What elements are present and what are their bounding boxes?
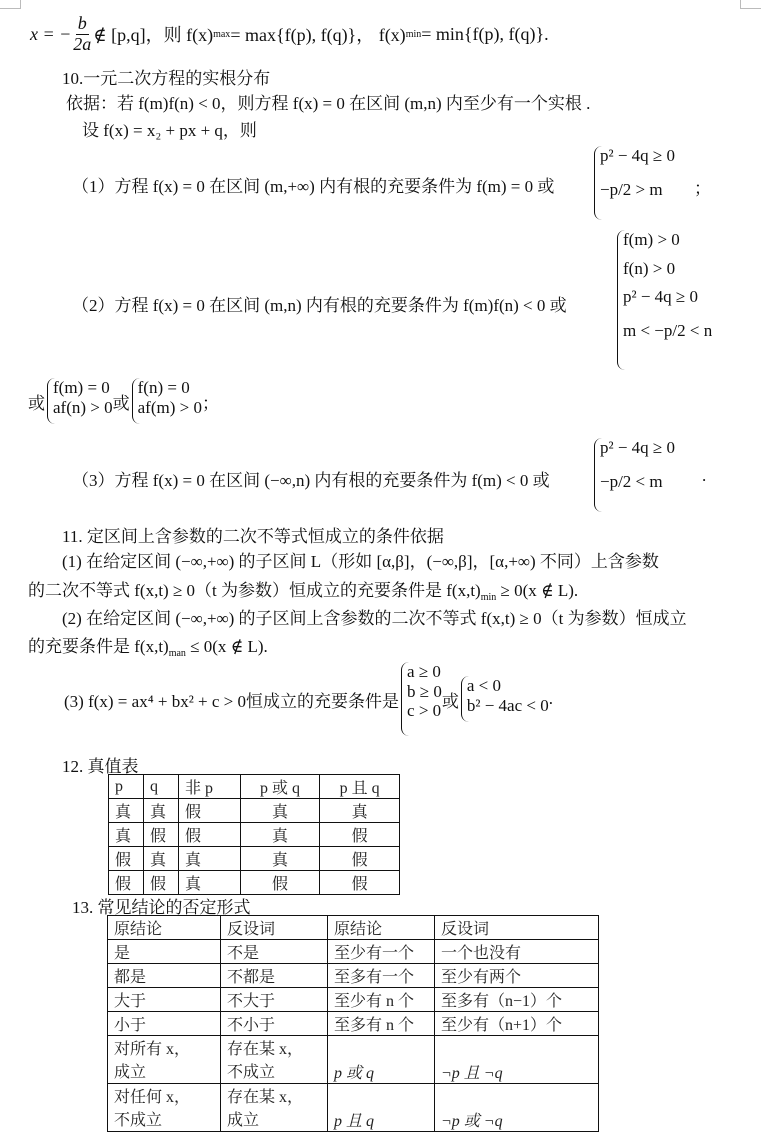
cell: 不都是: [221, 964, 328, 988]
frac-num: b: [76, 14, 89, 35]
case-line: p² − 4q ≥ 0: [600, 146, 675, 166]
min-subscript: min: [406, 29, 422, 40]
cell: 假: [109, 871, 144, 895]
cell: 真: [109, 799, 144, 823]
cell-line: 不成立: [227, 1059, 321, 1082]
fraction-b-over-2a: b 2a: [73, 14, 91, 55]
cell: 对所有 x，成立: [108, 1036, 221, 1084]
or-label: 或: [28, 389, 45, 414]
cell: 假: [320, 871, 400, 895]
cell: 是: [108, 940, 221, 964]
formula-lhs: x = −: [30, 24, 71, 45]
cell: 至多有一个: [328, 964, 435, 988]
section-11-item1-line2: 的二次不等式 f(x,t) ≥ 0（t 为参数）恒成立的充要条件是 f(x,t)…: [28, 576, 578, 603]
cell: 真: [144, 847, 179, 871]
case-line: f(m) = 0: [53, 378, 113, 398]
page-corner-mark-left: [0, 0, 21, 9]
man-subscript: man: [169, 648, 186, 659]
cell-line: 成立: [114, 1059, 214, 1082]
cell: 真: [179, 871, 241, 895]
text: ≤ 0(x ∉ L).: [186, 637, 268, 656]
cell-text: ¬p 或 ¬q: [441, 1113, 503, 1130]
cell-text: p 且 q: [334, 1113, 374, 1130]
section-10-basis: 依据：若 f(m)f(n) < 0，则方程 f(x) = 0 在区间 (m,n)…: [66, 89, 590, 114]
section-11-item2-line1: (2) 在给定区间 (−∞,+∞) 的子区间上含参数的二次不等式 f(x,t) …: [62, 604, 687, 629]
cell-line: 对任何 x，: [114, 1084, 214, 1107]
cell: 假: [144, 823, 179, 847]
cell: 不是: [221, 940, 328, 964]
cell: 至少有 n 个: [328, 988, 435, 1012]
cell-line: 存在某 x，: [227, 1036, 321, 1059]
item3-end: .: [702, 466, 706, 486]
section-11-item2-line2: 的充要条件是 f(x,t)man ≤ 0(x ∉ L).: [28, 632, 268, 659]
truth-table: p q 非 p p 或 q p 且 q 真真假真真 真假假真假 假真真真假 假假…: [108, 774, 400, 895]
case-line: m < −p/2 < n: [623, 321, 712, 341]
cell: 假: [240, 871, 320, 895]
cell: 真: [240, 847, 320, 871]
header-cell: 反设词: [221, 916, 328, 940]
page-corner-mark-right: [740, 0, 761, 9]
or-label: 或: [113, 389, 130, 414]
case-line: f(n) = 0: [138, 378, 202, 398]
cell: 都是: [108, 964, 221, 988]
cell: p 或 q: [328, 1036, 435, 1084]
cell: 假: [320, 847, 400, 871]
frac-den: 2a: [73, 35, 91, 55]
formula-extremum: x = − b 2a ∉ [p,q]，则 f(x)max = max{f(p),…: [30, 14, 549, 55]
cell: 假: [109, 847, 144, 871]
formula-part1: ∉ [p,q]，则 f(x): [93, 21, 213, 47]
cell: 不大于: [221, 988, 328, 1012]
case-line: p² − 4q ≥ 0: [623, 287, 712, 307]
case-line: af(n) > 0: [53, 398, 113, 418]
cell: 对任何 x，不成立: [108, 1084, 221, 1132]
section-10-item3: （3）方程 f(x) = 0 在区间 (−∞,n) 内有根的充要条件为 f(m)…: [72, 466, 550, 491]
case-line: p² − 4q ≥ 0: [600, 438, 675, 458]
cell: 不小于: [221, 1012, 328, 1036]
cell-line: 存在某 x，: [227, 1084, 321, 1107]
cell: 真: [240, 799, 320, 823]
section-11-item3: (3) f(x) = ax⁴ + bx² + c > 0恒成立的充要条件是 a …: [64, 662, 553, 736]
case-line: b ≥ 0: [407, 682, 442, 702]
cell: 至少有一个: [328, 940, 435, 964]
cell: 至少有（n+1）个: [435, 1012, 599, 1036]
cell: 假: [179, 799, 241, 823]
cell: 大于: [108, 988, 221, 1012]
section-10-title: 10.一元二次方程的实根分布: [62, 64, 270, 89]
cell: 小于: [108, 1012, 221, 1036]
case-line: f(n) > 0: [623, 259, 712, 279]
case-line: −p/2 < m: [600, 472, 675, 492]
header-cell: 非 p: [179, 775, 241, 799]
cell: 假: [320, 823, 400, 847]
case-line: af(m) > 0: [138, 398, 202, 418]
or-label: 或: [442, 687, 459, 712]
cell: 假: [179, 823, 241, 847]
cell: 存在某 x，成立: [221, 1084, 328, 1132]
table-row: 大于不大于至少有 n 个至多有（n−1）个: [108, 988, 599, 1012]
text: (3) f(x) = ax⁴ + bx² + c > 0恒成立的充要条件是: [64, 687, 399, 712]
cell-line: 不成立: [114, 1107, 214, 1130]
section-10-setup: 设 f(x) = x₂ + px + q，则: [82, 116, 257, 141]
table-row: 对所有 x，成立 存在某 x，不成立 p 或 q ¬p 且 ¬q: [108, 1036, 599, 1084]
case-line: c > 0: [407, 701, 442, 721]
cell-line: 对所有 x，: [114, 1036, 214, 1059]
header-cell: p 或 q: [240, 775, 320, 799]
header-cell: 原结论: [328, 916, 435, 940]
min-subscript: min: [481, 592, 497, 603]
cell: 一个也没有: [435, 940, 599, 964]
negation-table: 原结论 反设词 原结论 反设词 是不是至少有一个一个也没有 都是不都是至多有一个…: [107, 915, 599, 1132]
cell: 至多有 n 个: [328, 1012, 435, 1036]
section-11-item1-line1: (1) 在给定区间 (−∞,+∞) 的子区间 L（形如 [α,β]，(−∞,β]…: [62, 547, 659, 572]
header-cell: q: [144, 775, 179, 799]
end: .: [549, 689, 553, 709]
table-row: 假真真真假: [109, 847, 400, 871]
cell: 真: [179, 847, 241, 871]
formula-part3: = min{f(p), f(q)}.: [421, 24, 548, 45]
table-row: 真真假真真: [109, 799, 400, 823]
item2-continuation: 或 f(m) = 0 af(n) > 0 或 f(n) = 0 af(m) > …: [28, 378, 219, 424]
header-cell: p: [109, 775, 144, 799]
cell: 假: [144, 871, 179, 895]
item2-cases: f(m) > 0 f(n) > 0 p² − 4q ≥ 0 m < −p/2 <…: [615, 230, 712, 370]
table-row: 真假假真假: [109, 823, 400, 847]
item1-end: ；: [694, 174, 711, 199]
table-row: 假假真假假: [109, 871, 400, 895]
cell: p 且 q: [328, 1084, 435, 1132]
table-header-row: p q 非 p p 或 q p 且 q: [109, 775, 400, 799]
cell: 至多有（n−1）个: [435, 988, 599, 1012]
header-cell: 反设词: [435, 916, 599, 940]
table-row: 对任何 x，不成立 存在某 x，成立 p 且 q ¬p 或 ¬q: [108, 1084, 599, 1132]
cell: ¬p 且 ¬q: [435, 1036, 599, 1084]
header-cell: p 且 q: [320, 775, 400, 799]
cell: 真: [240, 823, 320, 847]
table-row: 是不是至少有一个一个也没有: [108, 940, 599, 964]
table-row: 小于不小于至多有 n 个至少有（n+1）个: [108, 1012, 599, 1036]
cell-line: 成立: [227, 1107, 321, 1130]
case-line: a < 0: [467, 676, 549, 696]
case-line: a ≥ 0: [407, 662, 442, 682]
section-10-item2: （2）方程 f(x) = 0 在区间 (m,n) 内有根的充要条件为 f(m)f…: [72, 291, 567, 316]
case-line: f(m) > 0: [623, 230, 712, 250]
table-row: 都是不都是至多有一个至少有两个: [108, 964, 599, 988]
text: ≥ 0(x ∉ L).: [496, 581, 578, 600]
item2-end: ；: [202, 389, 219, 414]
formula-part2: = max{f(p), f(q)}， f(x): [230, 21, 405, 47]
case-line: b² − 4ac < 0: [467, 696, 549, 716]
cell: 至少有两个: [435, 964, 599, 988]
cell-text: ¬p 且 ¬q: [441, 1065, 503, 1082]
item3-cases: p² − 4q ≥ 0 −p/2 < m: [592, 438, 675, 512]
case-line: −p/2 > m: [600, 180, 675, 200]
cell: 真: [109, 823, 144, 847]
header-cell: 原结论: [108, 916, 221, 940]
table-header-row: 原结论 反设词 原结论 反设词: [108, 916, 599, 940]
text: 的二次不等式 f(x,t) ≥ 0（t 为参数）恒成立的充要条件是 f(x,t): [28, 581, 481, 600]
cell: 真: [320, 799, 400, 823]
max-subscript: max: [213, 29, 230, 40]
text: 的充要条件是 f(x,t): [28, 637, 169, 656]
section-10-item1: （1）方程 f(x) = 0 在区间 (m,+∞) 内有根的充要条件为 f(m)…: [72, 172, 554, 197]
cell: 存在某 x，不成立: [221, 1036, 328, 1084]
cell: ¬p 或 ¬q: [435, 1084, 599, 1132]
cell-text: p 或 q: [334, 1065, 374, 1082]
item1-cases: p² − 4q ≥ 0 −p/2 > m: [592, 146, 675, 220]
section-11-title: 11. 定区间上含参数的二次不等式恒成立的条件依据: [62, 522, 444, 547]
cell: 真: [144, 799, 179, 823]
